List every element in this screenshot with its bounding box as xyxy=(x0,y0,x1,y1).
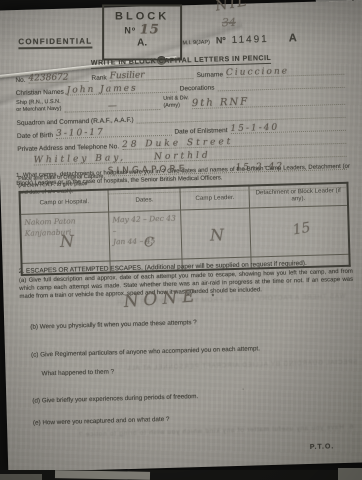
camp-overwrite-mark: N xyxy=(60,231,75,250)
unit-label: Unit & Div. (Army) xyxy=(163,95,189,109)
no-field: 4238672 xyxy=(28,72,88,84)
col-camp-or-hospital: Camp or Hospital. xyxy=(20,189,109,214)
ref-no-label: Nº xyxy=(216,35,226,45)
block-stamp-box: BLOCK Nº 15 A. xyxy=(102,4,182,60)
form-page: CONFIDENTIAL BLOCK Nº 15 A. NIL 34 M.I. … xyxy=(0,0,362,472)
confidential-stamp: CONFIDENTIAL xyxy=(18,37,92,50)
enlistment-label: Date of Enlistment xyxy=(174,127,227,135)
enlistment-field: 15-1-40 xyxy=(230,121,346,134)
col-dates: Dates. xyxy=(108,187,181,211)
decorations-field xyxy=(217,78,344,92)
cell-dates: May 42 – Dec 43 – Jan 44 – 45 C xyxy=(109,210,182,261)
block-stamp-suffix: A. xyxy=(104,37,180,48)
crossed-out-number: 34 xyxy=(222,16,236,29)
rank-value: Fusilier xyxy=(110,71,145,81)
unit-value: 9th RNF xyxy=(192,97,249,109)
question-2c-text: (c) Give Regimental particulars of anyon… xyxy=(31,345,260,358)
dates-overwrite-mark: C xyxy=(144,235,154,250)
christian-names-label: Christian Names xyxy=(16,89,64,97)
block-stamp-word: BLOCK xyxy=(104,10,180,22)
ship-value: — xyxy=(108,102,117,111)
sheet-fragment xyxy=(0,474,42,480)
col-camp-leader: Camp Leader. xyxy=(180,186,249,210)
rank-label: Rank xyxy=(91,74,106,81)
address-town: Whitley Bay, xyxy=(34,154,127,166)
dates-line1: May 42 – Dec 43 – xyxy=(112,212,178,236)
speck-mark: · xyxy=(242,386,244,393)
squadron-label: Squadron and Command (R.A.F., A.A.F.) xyxy=(17,117,134,127)
enlistment-value: 15-1-40 xyxy=(230,123,279,133)
address-value: 28 Duke Street xyxy=(122,138,234,150)
ref-org-label: M.I. 9(JAP) xyxy=(182,40,210,47)
block-no-label: Nº xyxy=(124,25,136,35)
question-2b-text: (b) Were you physically fit when you mad… xyxy=(30,319,197,331)
dob-field: 3-10-17 xyxy=(56,125,172,138)
scanned-document: CONFIDENTIAL BLOCK Nº 15 A. NIL 34 M.I. … xyxy=(0,0,362,480)
pto-label: P.T.O. xyxy=(310,443,335,451)
cell-block-leader: 15 xyxy=(250,205,350,257)
ship-field: — xyxy=(64,100,160,113)
surname-field: Ciuccione xyxy=(226,65,345,78)
cell-camp-leader: N xyxy=(181,208,251,259)
ref-suffix: A xyxy=(289,32,297,44)
address-county: Northld xyxy=(154,151,211,162)
rank-field: Fusilier xyxy=(110,69,194,81)
unit-label-line1: Unit & Div. xyxy=(163,95,189,102)
block-no-value: 15 xyxy=(140,22,160,37)
dob-label: Date of Birth xyxy=(17,132,53,140)
christian-names-field: John James xyxy=(67,83,177,96)
block-stamp-number: Nº 15 xyxy=(104,22,180,37)
sheet-fragment xyxy=(55,470,150,480)
block-leader-value: 15 xyxy=(292,220,312,239)
christian-names-value: John James xyxy=(67,85,138,96)
surname-value: Ciuccione xyxy=(226,67,289,78)
dob-value: 3-10-17 xyxy=(56,128,105,138)
surname-label: Surname xyxy=(197,71,224,79)
ship-label: Ship (R.N., U.S.N. or Merchant Navy) xyxy=(16,99,62,114)
camp-leader-value: N xyxy=(210,225,225,244)
unit-label-line2: (Army) xyxy=(163,102,180,108)
question-2e-text: (e) How were you recaptured and on what … xyxy=(33,416,170,427)
no-label: No. xyxy=(15,77,25,84)
no-value: 4238672 xyxy=(28,74,68,84)
cell-camp: Nakom Paton Kanjanaburi N xyxy=(20,212,110,263)
sheet-fragment xyxy=(338,468,362,480)
decorations-label: Decorations xyxy=(180,84,215,92)
question-2d-text: (d) Give briefly your experiences during… xyxy=(32,393,198,405)
ref-no-value: 11491 xyxy=(232,34,269,46)
unit-field: 9th RNF xyxy=(192,95,345,109)
question-2c2-text: What happened to them ? xyxy=(42,368,115,377)
bleed-through-text-3: 6. Have you any useful matter of any kin… xyxy=(53,424,353,439)
address-label: Private Address and Telephone No. xyxy=(17,143,119,153)
col-detachment-leader: Detachment or Block Leader (if any). xyxy=(249,183,348,208)
ship-label-line2: or Merchant Navy) xyxy=(16,106,61,113)
